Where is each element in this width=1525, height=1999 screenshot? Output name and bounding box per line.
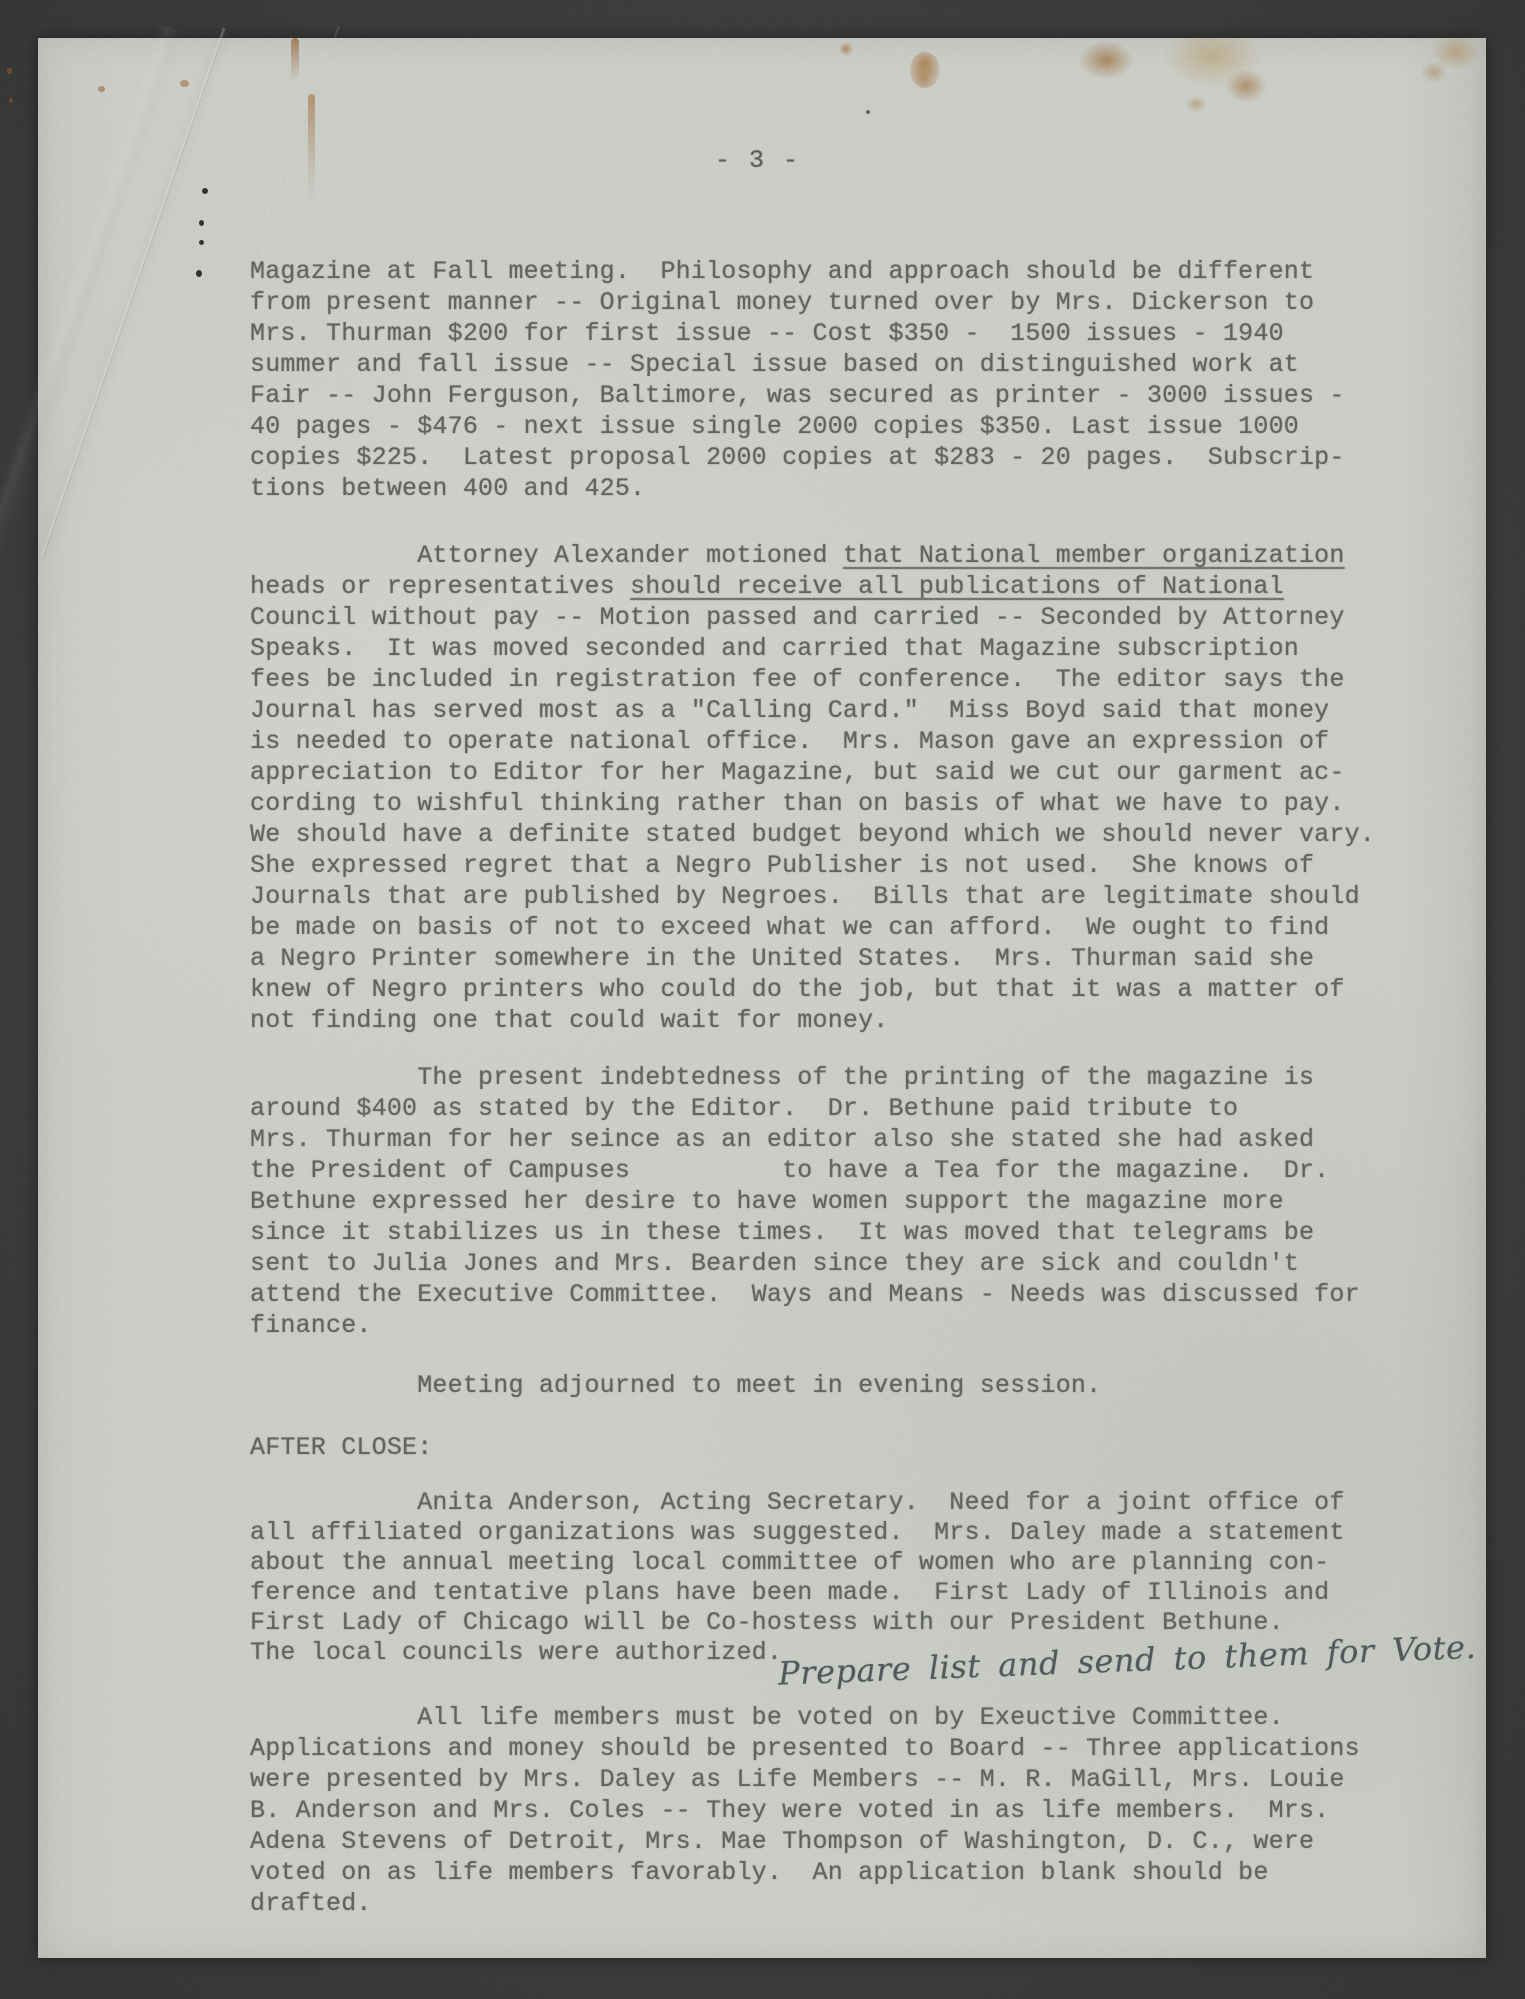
- text-line: The present indebtedness of the printing…: [250, 1062, 1360, 1093]
- text-line: We should have a definite stated budget …: [250, 819, 1375, 850]
- text-line: Meeting adjourned to meet in evening ses…: [250, 1370, 1101, 1401]
- ink-speck: [196, 270, 202, 277]
- text-line: be made on basis of not to exceed what w…: [250, 912, 1375, 943]
- text-line: Mrs. Thurman $200 for first issue -- Cos…: [250, 318, 1345, 349]
- text-line: all affiliated organizations was suggest…: [250, 1518, 1345, 1548]
- text-line: Attorney Alexander motioned that Nationa…: [250, 540, 1375, 571]
- paper-crease-shading: [0, 23, 187, 581]
- paper-crease-line: [41, 28, 226, 558]
- text-line: the President of Campuses to have a Tea …: [250, 1155, 1360, 1186]
- text-line: B. Anderson and Mrs. Coles -- They were …: [250, 1795, 1360, 1826]
- text-line: about the annual meeting local committee…: [250, 1548, 1345, 1578]
- text-line: a Negro Printer somewhere in the United …: [250, 943, 1375, 974]
- text-line: appreciation to Editor for her Magazine,…: [250, 757, 1375, 788]
- text-line: attend the Executive Committee. Ways and…: [250, 1279, 1360, 1310]
- text-line: Magazine at Fall meeting. Philosophy and…: [250, 256, 1345, 287]
- ink-speck: [202, 188, 208, 194]
- text-line: ference and tentative plans have been ma…: [250, 1578, 1345, 1608]
- text-line: Council without pay -- Motion passed and…: [250, 602, 1375, 633]
- paragraph-magazine-finances: Magazine at Fall meeting. Philosophy and…: [250, 256, 1345, 504]
- text-line: knew of Negro printers who could do the …: [250, 974, 1375, 1005]
- text-line: voted on as life members favorably. An a…: [250, 1857, 1360, 1888]
- paragraph-indebtedness: The present indebtedness of the printing…: [250, 1062, 1360, 1341]
- ink-speck: [199, 240, 204, 245]
- rust-stain-edge: [1416, 38, 1496, 100]
- text-line: Applications and money should be present…: [250, 1733, 1360, 1764]
- text-line: summer and fall issue -- Special issue b…: [250, 349, 1345, 380]
- text-line: cording to wishful thinking rather than …: [250, 788, 1375, 819]
- text-line: AFTER CLOSE:: [250, 1432, 432, 1463]
- text-line: All life members must be voted on by Exe…: [250, 1702, 1360, 1733]
- text-line: finance.: [250, 1310, 1360, 1341]
- frame-rust-speck: [9, 98, 13, 103]
- scanned-document: { "document": { "page_number": "- 3 -", …: [0, 0, 1525, 1999]
- text-line: Adena Stevens of Detroit, Mrs. Mae Thomp…: [250, 1826, 1360, 1857]
- paragraph-alexander-motion: Attorney Alexander motioned that Nationa…: [250, 540, 1375, 1036]
- after-close-heading: AFTER CLOSE:: [250, 1432, 432, 1463]
- text-line: copies $225. Latest proposal 2000 copies…: [250, 442, 1345, 473]
- text-line: Mrs. Thurman for her seince as an editor…: [250, 1124, 1360, 1155]
- text-line: Anita Anderson, Acting Secretary. Need f…: [250, 1488, 1345, 1518]
- text-line: Fair -- John Ferguson, Baltimore, was se…: [250, 380, 1345, 411]
- document-page: - 3 - Magazine at Fall meeting. Philosop…: [38, 38, 1486, 1958]
- text-line: Journal has served most as a "Calling Ca…: [250, 695, 1375, 726]
- text-line: fees be included in registration fee of …: [250, 664, 1375, 695]
- frame-rust-speck: [7, 68, 12, 74]
- text-line: First Lady of Chicago will be Co-hostess…: [250, 1608, 1345, 1638]
- paragraph-adjournment: Meeting adjourned to meet in evening ses…: [250, 1370, 1101, 1401]
- rust-dot: [180, 80, 189, 87]
- text-line: is needed to operate national office. Mr…: [250, 726, 1375, 757]
- text-line: sent to Julia Jones and Mrs. Bearden sin…: [250, 1248, 1360, 1279]
- ink-speck: [199, 220, 204, 226]
- text-line: tions between 400 and 425.: [250, 473, 1345, 504]
- text-line: Speaks. It was moved seconded and carrie…: [250, 633, 1375, 664]
- text-line: not finding one that could wait for mone…: [250, 1005, 1375, 1036]
- text-line: around $400 as stated by the Editor. Dr.…: [250, 1093, 1360, 1124]
- text-line: 40 pages - $476 - next issue single 2000…: [250, 411, 1345, 442]
- text-line: heads or representatives should receive …: [250, 571, 1375, 602]
- text-line: She expressed regret that a Negro Publis…: [250, 850, 1375, 881]
- paragraph-life-members: All life members must be voted on by Exe…: [250, 1702, 1360, 1919]
- rust-dot: [98, 86, 105, 92]
- text-line: since it stabilizes us in these times. I…: [250, 1217, 1360, 1248]
- text-line: from present manner -- Original money tu…: [250, 287, 1345, 318]
- text-line: Journals that are published by Negroes. …: [250, 881, 1375, 912]
- text-line: were presented by Mrs. Daley as Life Mem…: [250, 1764, 1360, 1795]
- text-line: drafted.: [250, 1888, 1360, 1919]
- text-line: Bethune expressed her desire to have wom…: [250, 1186, 1360, 1217]
